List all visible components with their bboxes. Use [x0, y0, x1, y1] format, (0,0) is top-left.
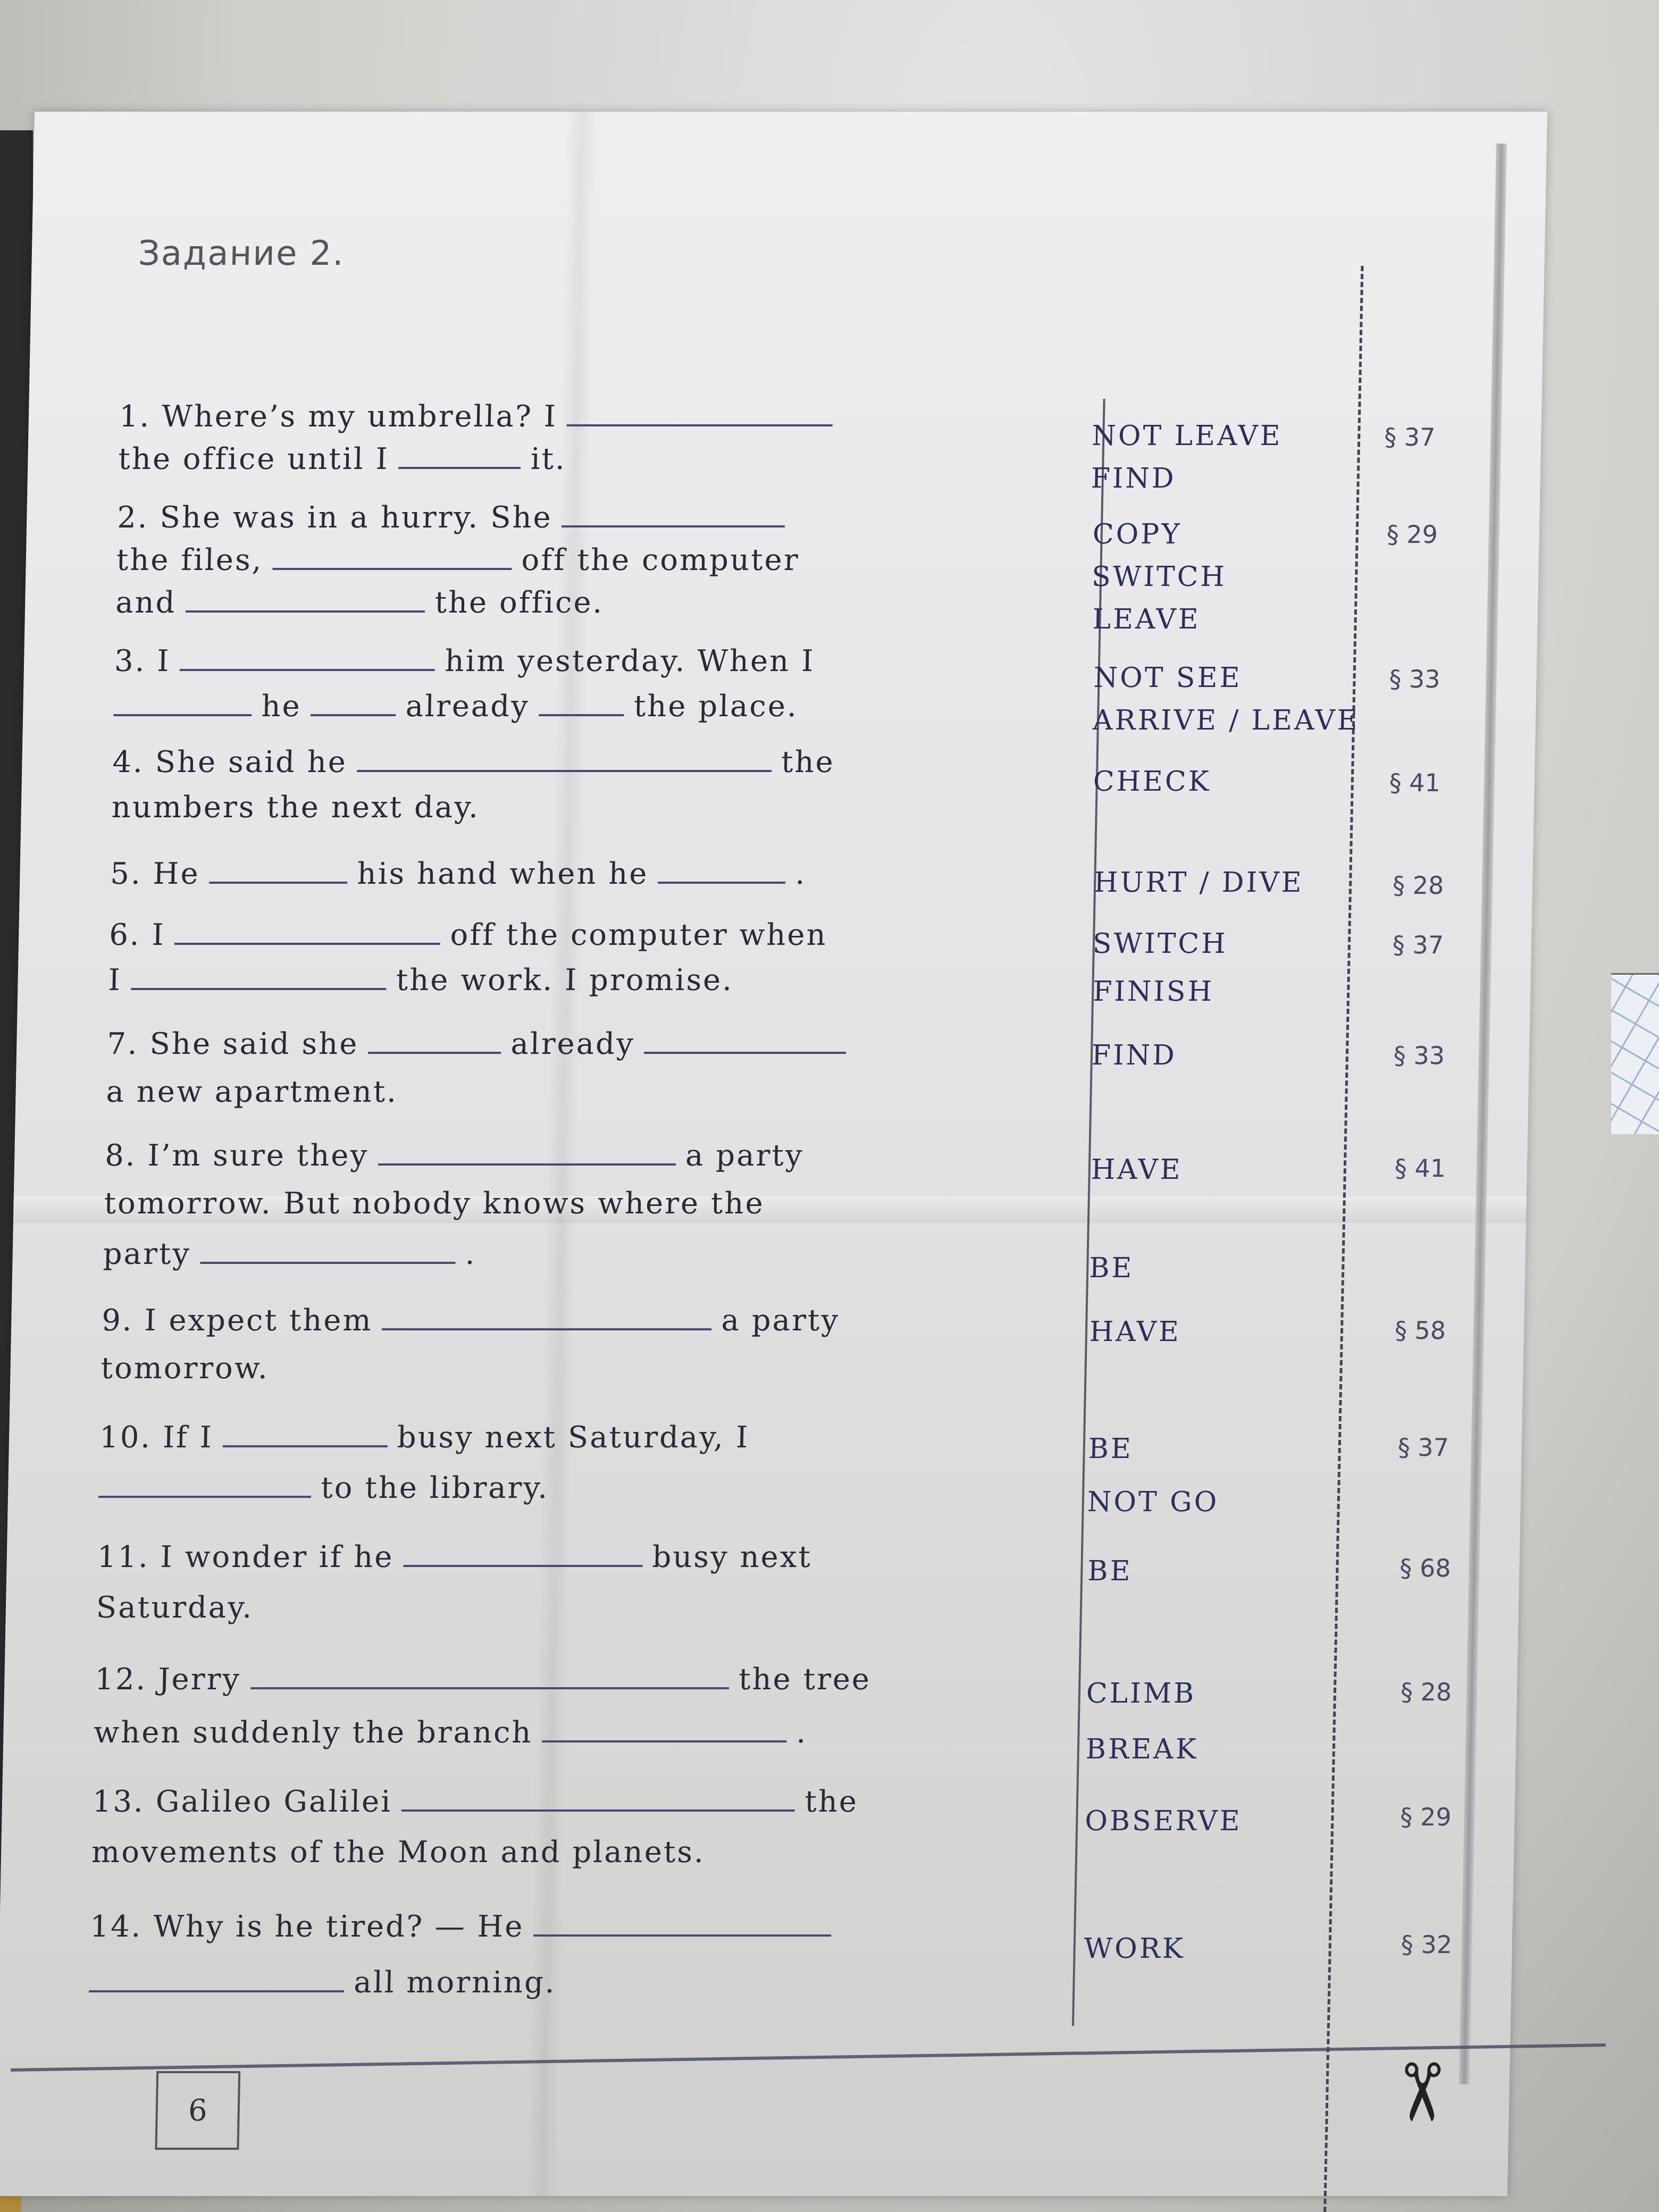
exercise-text: off the computer: [521, 543, 800, 577]
exercise-14-line2: all morning.: [89, 1959, 557, 2006]
exercise-9-line2: tomorrow.: [100, 1345, 270, 1392]
exercise-8-line2: tomorrow. But nobody knows where the: [104, 1180, 765, 1227]
scissors-icon: ✂: [1380, 2059, 1461, 2126]
answer-blank[interactable]: [98, 1468, 312, 1498]
exercise-12-line2: when suddenly the branch.: [94, 1710, 808, 1756]
answer-blank[interactable]: [378, 1136, 676, 1166]
verb-hint: BE: [1088, 1433, 1133, 1465]
exercise-text: 12. Jerry: [95, 1662, 241, 1697]
verb-hint: FINISH: [1093, 976, 1214, 1008]
answer-blank[interactable]: [542, 1713, 787, 1742]
answer-blank[interactable]: [398, 439, 521, 469]
verb-hint: WORK: [1084, 1933, 1185, 1965]
page-edge-strip: [1459, 144, 1507, 2084]
answer-blank[interactable]: [174, 915, 441, 945]
answer-blank[interactable]: [131, 960, 387, 990]
exercise-text: he: [261, 689, 301, 724]
grammar-ref: § 41: [1389, 768, 1440, 797]
exercise-1-line2: the office until Iit.: [118, 436, 567, 483]
verb-hint: NOT GO: [1087, 1486, 1219, 1518]
verb-hint: CHECK: [1093, 766, 1211, 798]
cut-line: [1323, 266, 1363, 2212]
exercise-11: 11. I wonder if hebusy next: [97, 1534, 812, 1581]
exercise-text: 9. I expect them: [102, 1303, 373, 1338]
answer-blank[interactable]: [533, 1907, 832, 1937]
exercise-2-line2: the files,off the computer: [116, 537, 800, 584]
exercise-text: 2. She was in a hurry. She: [117, 500, 553, 535]
page-number-box: 6: [155, 2071, 240, 2150]
verb-hint: ARRIVE / LEAVE: [1092, 705, 1360, 736]
grammar-ref: § 32: [1401, 1930, 1452, 1959]
grammar-ref: § 28: [1400, 1678, 1452, 1706]
exercise-text: busy next Saturday, I: [397, 1420, 750, 1455]
exercise-text: 4. She said he: [112, 745, 348, 780]
exercise-text: his hand when he: [357, 857, 649, 891]
exercise-text: 6. I: [109, 918, 166, 952]
verb-hint: HAVE: [1089, 1316, 1181, 1348]
answer-blank[interactable]: [311, 686, 396, 716]
exercise-text: the tree: [738, 1662, 871, 1697]
answer-blank[interactable]: [658, 854, 786, 884]
exercise-8-line3: party.: [103, 1231, 477, 1278]
grammar-ref: § 37: [1397, 1433, 1449, 1462]
answer-blank[interactable]: [209, 854, 348, 884]
exercise-3: 3. Ihim yesterday. When I: [114, 638, 815, 685]
answer-blank[interactable]: [562, 498, 785, 527]
answer-blank[interactable]: [644, 1024, 847, 1054]
exercise-text: 10. If I: [99, 1420, 213, 1455]
verb-hint: OBSERVE: [1085, 1805, 1242, 1837]
exercise-text: it.: [530, 442, 566, 476]
grammar-ref: § 33: [1389, 665, 1440, 693]
verb-hint: FIND: [1091, 463, 1176, 495]
exercise-text: party: [103, 1237, 191, 1271]
grammar-ref: § 37: [1392, 931, 1444, 959]
exercise-text: Saturday.: [96, 1590, 254, 1625]
exercise-text: a party: [685, 1138, 805, 1173]
verb-hint: HURT / DIVE: [1094, 867, 1304, 899]
verb-hint: COPY: [1092, 518, 1182, 550]
exercise-text: 1. Where’s my umbrella? I: [119, 399, 557, 434]
answer-blank[interactable]: [180, 641, 435, 671]
exercise-text: the office until I: [118, 442, 390, 476]
exercise-text: the place.: [633, 689, 798, 724]
verb-hint: FIND: [1091, 1040, 1177, 1071]
exercise-4-line2: numbers the next day.: [111, 784, 480, 831]
exercise-text: already: [510, 1027, 635, 1061]
exercise-7: 7. She said shealready: [106, 1021, 856, 1068]
grammar-ref: § 29: [1400, 1803, 1452, 1831]
answer-blank[interactable]: [539, 686, 624, 716]
exercise-text: 5. He: [110, 857, 200, 891]
exercise-text: numbers the next day.: [111, 790, 480, 825]
exercise-10-line2: to the library.: [98, 1465, 549, 1512]
exercise-10: 10. If Ibusy next Saturday, I: [99, 1414, 750, 1461]
verb-hint: BE: [1089, 1252, 1134, 1284]
exercise-12: 12. Jerrythe tree: [95, 1656, 872, 1703]
answer-blank[interactable]: [567, 397, 833, 426]
verb-hint: NOT SEE: [1093, 662, 1242, 694]
answer-blank[interactable]: [186, 583, 425, 613]
exercise-5: 5. Hehis hand when he.: [110, 851, 807, 898]
exercise-14: 14. Why is he tired? — He: [90, 1904, 842, 1950]
exercise-text: when suddenly the branch: [94, 1715, 533, 1750]
exercise-9: 9. I expect thema party: [101, 1297, 840, 1344]
exercise-text: tomorrow.: [100, 1351, 270, 1386]
answer-blank[interactable]: [222, 1418, 388, 1447]
answer-blank[interactable]: [368, 1024, 501, 1054]
answer-blank[interactable]: [113, 686, 252, 716]
exercise-text: .: [465, 1237, 476, 1271]
grammar-ref: § 29: [1386, 520, 1438, 549]
verb-hint: CLIMB: [1086, 1678, 1196, 1710]
exercise-2: 2. She was in a hurry. She: [116, 495, 795, 541]
grammar-ref: § 41: [1394, 1154, 1446, 1183]
answer-blank[interactable]: [403, 1537, 643, 1567]
exercise-text: him yesterday. When I: [445, 644, 815, 678]
exercise-text: movements of the Moon and planets.: [91, 1835, 706, 1870]
exercise-text: 7. She said she: [107, 1027, 359, 1061]
grammar-ref: § 33: [1393, 1041, 1445, 1070]
exercise-text: the: [805, 1784, 859, 1819]
exercise-text: 11. I wonder if he: [97, 1540, 394, 1574]
answer-blank[interactable]: [250, 1660, 730, 1689]
exercise-3-line2: healreadythe place.: [113, 683, 799, 730]
exercise-text: a new apartment.: [106, 1075, 398, 1109]
answer-blank[interactable]: [272, 540, 512, 570]
answer-blank[interactable]: [382, 1301, 712, 1330]
exercise-text: the office.: [434, 585, 604, 620]
grammar-ref: § 37: [1384, 423, 1436, 451]
verb-hint: BE: [1087, 1555, 1133, 1587]
answer-blank[interactable]: [200, 1234, 456, 1264]
exercise-text: .: [796, 1715, 808, 1750]
worksheet-page: Задание 2. 1. Where’s my umbrella? I the…: [0, 112, 1547, 2196]
exercise-text: the files,: [116, 543, 263, 577]
exercise-1: 1. Where’s my umbrella? I: [119, 393, 843, 440]
exercise-13-line2: movements of the Moon and planets.: [91, 1829, 706, 1876]
answer-blank[interactable]: [401, 1782, 795, 1812]
exercise-text: busy next: [652, 1540, 812, 1574]
exercise-text: 8. I’m sure they: [105, 1138, 369, 1173]
grammar-ref: § 58: [1394, 1316, 1446, 1345]
exercise-text: the work. I promise.: [396, 963, 734, 998]
exercise-text: the: [781, 745, 835, 780]
exercise-2-line3: andthe office.: [115, 580, 604, 626]
exercise-text: tomorrow. But nobody knows where the: [104, 1186, 765, 1221]
exercise-text: I: [108, 963, 122, 998]
exercise-text: 14. Why is he tired? — He: [90, 1909, 524, 1944]
exercise-text: a party: [721, 1303, 840, 1338]
exercise-4: 4. She said hethe: [112, 739, 835, 786]
exercise-6-line2: Ithe work. I promise.: [108, 957, 734, 1004]
exercise-text: 3. I: [114, 644, 171, 678]
grid-paper-corner: [1611, 973, 1659, 1134]
page-number: 6: [188, 2093, 207, 2128]
exercise-text: to the library.: [321, 1471, 549, 1505]
verb-hint: BREAK: [1085, 1733, 1199, 1765]
exercise-text: and: [115, 585, 177, 620]
answer-blank[interactable]: [89, 1963, 345, 1992]
verb-hint: HAVE: [1091, 1154, 1183, 1186]
exercise-6: 6. Ioff the computer when: [108, 912, 827, 959]
exercise-8: 8. I’m sure theya party: [104, 1133, 804, 1179]
exercise-text: all morning.: [354, 1965, 557, 2000]
exercise-11-line2: Saturday.: [96, 1585, 254, 1631]
answer-blank[interactable]: [357, 742, 772, 772]
task-title: Задание 2.: [138, 234, 345, 273]
verb-hint: SWITCH: [1092, 561, 1227, 593]
verb-hint: NOT LEAVE: [1092, 420, 1283, 452]
exercise-7-line2: a new apartment.: [106, 1069, 398, 1116]
grammar-ref: § 68: [1400, 1554, 1451, 1582]
grammar-ref: § 28: [1393, 871, 1444, 900]
exercise-text: 13. Galileo Galilei: [92, 1784, 392, 1819]
verb-hint: LEAVE: [1092, 604, 1201, 635]
exercise-text: off the computer when: [450, 918, 827, 952]
verb-hint: SWITCH: [1092, 928, 1228, 960]
exercise-text: .: [795, 857, 807, 891]
exercise-13: 13. Galileo Galileithe: [92, 1779, 859, 1825]
exercise-text: already: [405, 689, 530, 724]
